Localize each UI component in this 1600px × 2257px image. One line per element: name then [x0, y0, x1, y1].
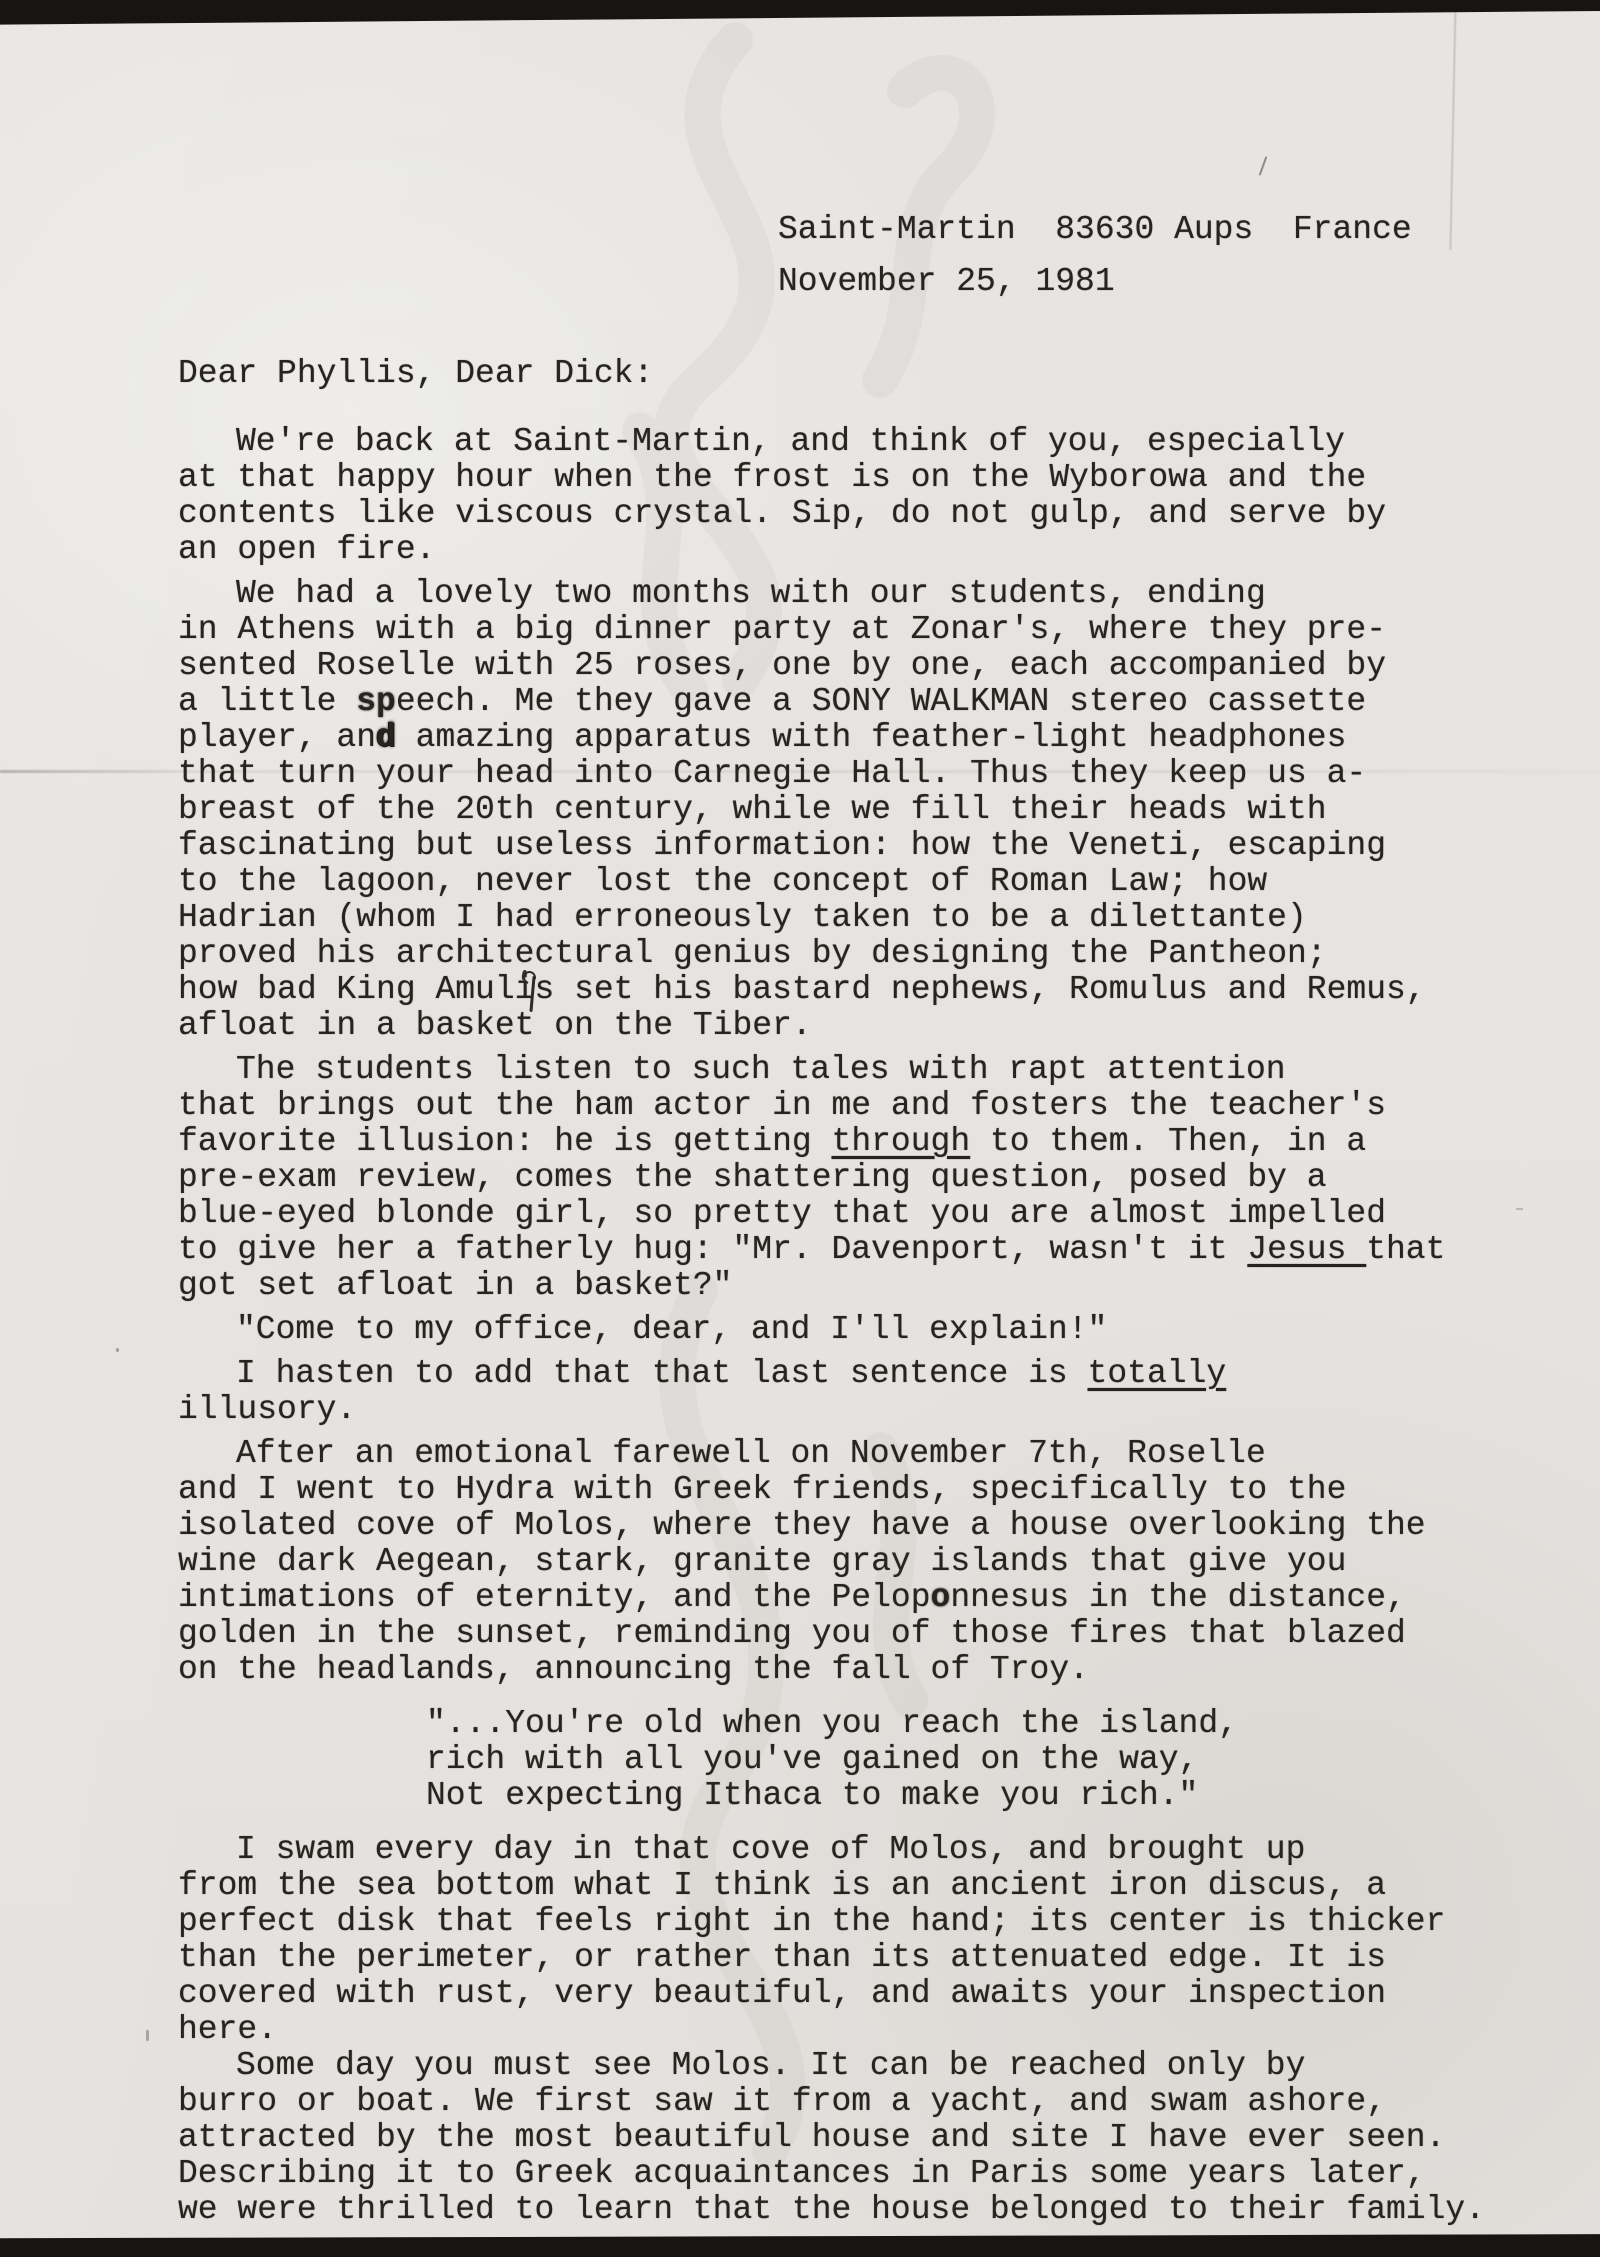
letter-heading: Saint-Martin 83630 Aups France November … — [778, 212, 1488, 300]
letter-line: After an emotional farewell on November … — [178, 1436, 1488, 1472]
letter-line: pre-exam review, comes the shattering qu… — [178, 1160, 1488, 1196]
paragraph: We're back at Saint-Martin, and think of… — [178, 424, 1488, 568]
letter-line: fascinating but useless information: how… — [178, 828, 1488, 864]
overstruck-characters: o — [931, 1579, 951, 1616]
paragraph: After an emotional farewell on November … — [178, 1436, 1488, 1688]
letter-line: a little speech. Me they gave a SONY WAL… — [178, 684, 1488, 720]
letter-line: perfect disk that feels right in the han… — [178, 1904, 1488, 1940]
paragraph: "Come to my office, dear, and I'll expla… — [178, 1312, 1488, 1348]
letter-line: player, and amazing apparatus with feath… — [178, 720, 1488, 756]
underlined-word: totally — [1088, 1355, 1227, 1392]
letter-line: "Come to my office, dear, and I'll expla… — [178, 1312, 1488, 1348]
letter-line: blue-eyed blonde girl, so pretty that yo… — [178, 1196, 1488, 1232]
letter-line: I hasten to add that that last sentence … — [178, 1356, 1488, 1392]
letter-line: rich with all you've gained on the way, — [426, 1742, 1488, 1778]
letter-line: "...You're old when you reach the island… — [426, 1706, 1488, 1742]
paragraph: Some day you must see Molos. It can be r… — [178, 2048, 1488, 2228]
letter-line: that brings out the ham actor in me and … — [178, 1088, 1488, 1124]
letter-line: favorite illusion: he is getting through… — [178, 1124, 1488, 1160]
paragraph: The students listen to such tales with r… — [178, 1052, 1488, 1304]
letter-body: We're back at Saint-Martin, and think of… — [178, 424, 1488, 2228]
letter-line: Not expecting Ithaca to make you rich." — [426, 1778, 1488, 1814]
letter-line: wine dark Aegean, stark, granite gray is… — [178, 1544, 1488, 1580]
letter-line: Describing it to Greek acquaintances in … — [178, 2156, 1488, 2192]
letter-line: to the lagoon, never lost the concept of… — [178, 864, 1488, 900]
letter-line: We had a lovely two months with our stud… — [178, 576, 1488, 612]
letter-line: an open fire. — [178, 532, 1488, 568]
letter-date: November 25, 1981 — [778, 264, 1488, 300]
letter-line: burro or boat. We first saw it from a ya… — [178, 2084, 1488, 2120]
paragraph: I swam every day in that cove of Molos, … — [178, 1832, 1488, 2048]
underlined-word: through — [832, 1123, 971, 1160]
letter-line: Hadrian (whom I had erroneously taken to… — [178, 900, 1488, 936]
letter-line: proved his architectural genius by desig… — [178, 936, 1488, 972]
letter-line: covered with rust, very beautiful, and a… — [178, 1976, 1488, 2012]
paragraph: I hasten to add that that last sentence … — [178, 1356, 1488, 1428]
letter-line: that turn your head into Carnegie Hall. … — [178, 756, 1488, 792]
overstrike-under-mark: e — [515, 935, 535, 972]
letter-line: to give her a fatherly hug: "Mr. Davenpo… — [178, 1232, 1488, 1268]
letter-line: got set afloat in a basket?" — [178, 1268, 1488, 1304]
sender-location: Saint-Martin 83630 Aups France — [778, 212, 1488, 248]
salutation: Dear Phyllis, Dear Dick: — [178, 356, 1488, 392]
letter-line: and I went to Hydra with Greek friends, … — [178, 1472, 1488, 1508]
letter-line: We're back at Saint-Martin, and think of… — [178, 424, 1488, 460]
ink-speck — [1516, 1208, 1523, 1210]
letter-line: golden in the sunset, reminding you of t… — [178, 1616, 1488, 1652]
letter-line: The students listen to such tales with r… — [178, 1052, 1488, 1088]
overstruck-characters: d — [376, 719, 396, 756]
letter-line: here. — [178, 2012, 1488, 2048]
letter-line: Some day you must see Molos. It can be r… — [178, 2048, 1488, 2084]
letter-line: sented Roselle with 25 roses, one by one… — [178, 648, 1488, 684]
letter-line: than the perimeter, or rather than its a… — [178, 1940, 1488, 1976]
overstruck-characters: sp — [356, 683, 396, 720]
letter-line: we were thrilled to learn that the house… — [178, 2192, 1488, 2228]
letter-line: from the sea bottom what I think is an a… — [178, 1868, 1488, 1904]
letter-line: in Athens with a big dinner party at Zon… — [178, 612, 1488, 648]
letter-line: contents like viscous crystal. Sip, do n… — [178, 496, 1488, 532]
scanned-letter-page: Saint-Martin 83630 Aups France November … — [0, 0, 1600, 2257]
ink-speck — [116, 1348, 119, 1352]
paragraph: We had a lovely two months with our stud… — [178, 576, 1488, 1044]
letter-line: intimations of eternity, and the Pelopon… — [178, 1580, 1488, 1616]
quoted-verse: "...You're old when you reach the island… — [426, 1706, 1488, 1814]
letter-line: I swam every day in that cove of Molos, … — [178, 1832, 1488, 1868]
typewritten-letter: Saint-Martin 83630 Aups France November … — [178, 212, 1488, 2228]
letter-line: illusory. — [178, 1392, 1488, 1428]
letter-line: how bad King Amulis set his bastard neph… — [178, 972, 1488, 1008]
letter-line: attracted by the most beautiful house an… — [178, 2120, 1488, 2156]
letter-line: on the headlands, announcing the fall of… — [178, 1652, 1488, 1688]
letter-line: breast of the 20th century, while we fil… — [178, 792, 1488, 828]
ink-speck — [146, 2030, 149, 2041]
letter-line: at that happy hour when the frost is on … — [178, 460, 1488, 496]
letter-line: afloat in a basket on the Tiber. — [178, 1008, 1488, 1044]
underlined-word: Jesus — [1247, 1231, 1366, 1268]
letter-line: isolated cove of Molos, where they have … — [178, 1508, 1488, 1544]
